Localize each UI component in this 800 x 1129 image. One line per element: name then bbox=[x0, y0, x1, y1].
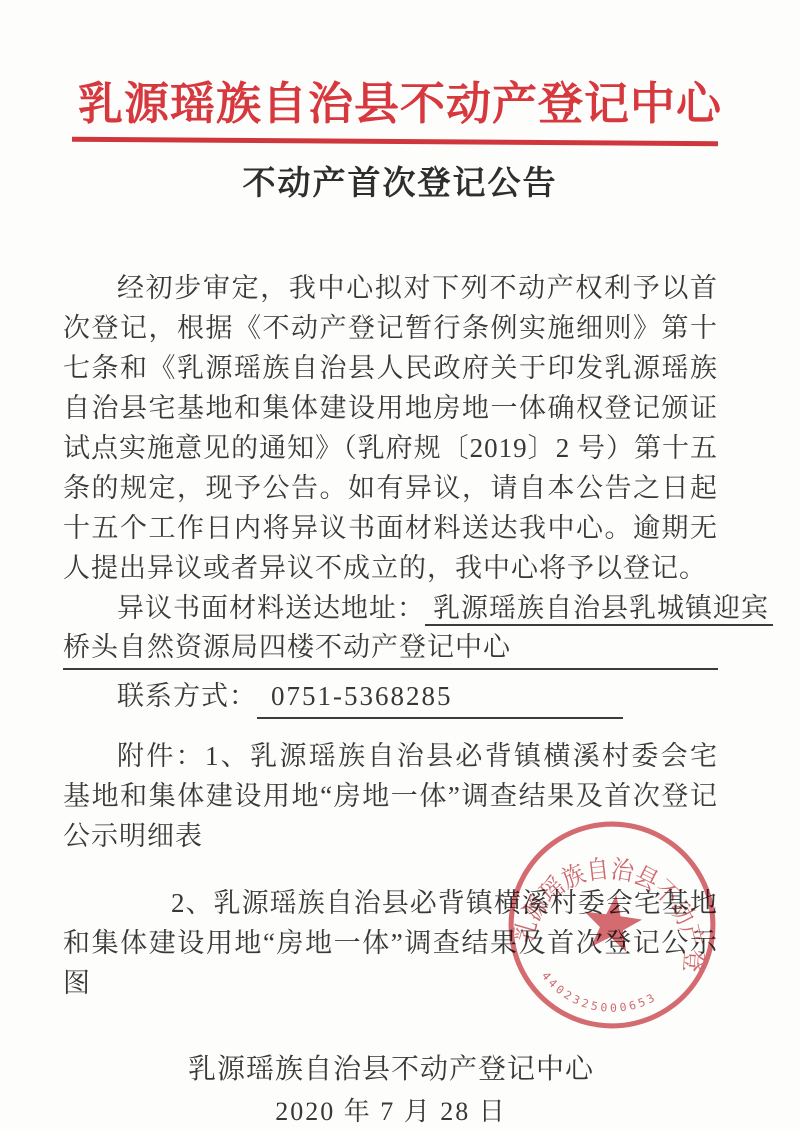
letterhead-divider-rule bbox=[72, 137, 718, 147]
contact-label: 联系方式： bbox=[117, 681, 257, 711]
letterhead-org-title: 乳源瑶族自治县不动产登记中心 bbox=[40, 76, 760, 132]
notice-body: 经初步审定，我中心拟对下列不动产权利予以首次登记，根据《不动产登记暂行条例实施细… bbox=[63, 268, 718, 1129]
scanned-notice-page: 乳源瑶族自治县不动产登记中心 不动产首次登记公告 经初步审定，我中心拟对下列不动… bbox=[0, 0, 800, 1129]
address-label: 异议书面材料送达地址： bbox=[117, 593, 425, 623]
address-value-part1: 乳源瑶族自治县乳城镇迎宾 bbox=[425, 593, 773, 626]
notice-paragraph: 经初步审定，我中心拟对下列不动产权利予以首次登记，根据《不动产登记暂行条例实施细… bbox=[63, 268, 718, 588]
signature-org-name: 乳源瑶族自治县不动产登记中心 bbox=[188, 1049, 594, 1091]
address-line: 异议书面材料送达地址：乳源瑶族自治县乳城镇迎宾 bbox=[63, 588, 718, 628]
address-value-part2: 桥头自然资源局四楼不动产登记中心 bbox=[63, 628, 718, 670]
attachment-item-2: 2、乳源瑶族自治县必背镇横溪村委会宅基地和集体建设用地“房地一体”调查结果及首次… bbox=[63, 883, 718, 1003]
signature-date: 2020 年 7 月 28 日 bbox=[188, 1091, 594, 1129]
document-title: 不动产首次登记公告 bbox=[0, 165, 800, 203]
contact-line: 联系方式：0751-5368285 bbox=[63, 676, 718, 719]
attachment-item-1: 附件：1、乳源瑶族自治县必背镇横溪村委会宅基地和集体建设用地“房地一体”调查结果… bbox=[63, 736, 718, 856]
contact-phone-value: 0751-5368285 bbox=[257, 676, 623, 719]
signature-block: 乳源瑶族自治县不动产登记中心 2020 年 7 月 28 日 bbox=[188, 1049, 594, 1129]
